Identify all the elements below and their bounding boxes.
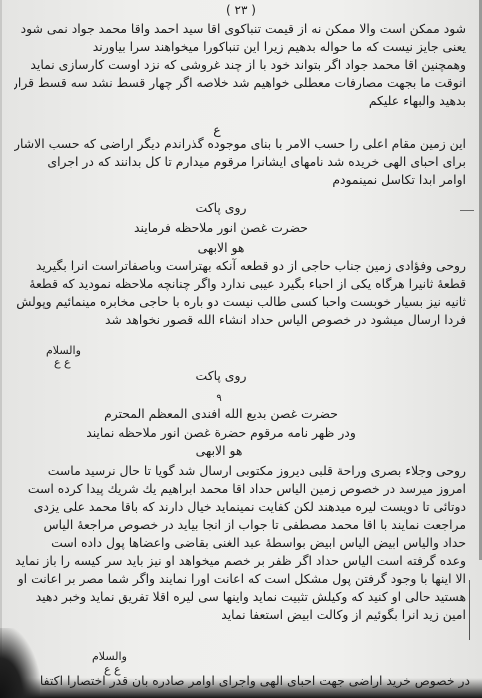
scan-bottom-shadow — [0, 678, 482, 698]
text-line: وهمچنین اقا محمد جواد اگر بتواند خود با … — [14, 56, 466, 74]
closing-salutation: والسلام — [92, 650, 127, 663]
text-line: اوامر ابدا تکاسل نمینمودم — [14, 171, 466, 189]
text-line: ثانیه نیز بسیار خوبست واحبا کسی طالب نیس… — [14, 293, 466, 311]
page-left-edge — [0, 0, 2, 698]
scan-corner-shadow — [0, 628, 40, 698]
envelope-label: روی پاکت — [0, 368, 462, 384]
letter-3-paragraph: روحی وفؤادی زمین جناب حاجی از دو قطعه آن… — [14, 257, 466, 329]
invocation: هو الابهی — [0, 443, 460, 459]
numeral-mark: ٩ — [0, 391, 460, 407]
letter-4-paragraph: روحی وجلاء بصری وراحة قلبی دیروز مکتوبی … — [14, 462, 466, 624]
text-line: این زمین مقام اعلی را حسب الامر با بنای … — [14, 135, 466, 153]
text-line: بدهید والبهاء علیکم — [14, 92, 466, 110]
text-line: امروز میرسد در خصوص زمین الیاس حداد اقا … — [14, 480, 466, 498]
text-line: قطعهٔ ثانیرا هرگاه یکی از احباء بگیرد عی… — [14, 275, 466, 293]
letter-1-paragraph: شود ممکن است والا ممکن نه از قیمت تنباکو… — [14, 20, 466, 110]
text-line: یعنی جایز نیست که ما حواله بدهیم زیرا ای… — [14, 38, 466, 56]
addressee: حضرت غصن انور ملاحظه فرمایند — [0, 220, 462, 236]
text-line: دوتائی تا دویست لیره میدهند لکن کفایت نم… — [14, 498, 466, 516]
text-line: حداد والیاس ابیض الیاس ابیض بواسطهٔ عبد … — [14, 534, 466, 552]
addressee-line: ودر ظهر نامه مرقوم حضرة غصن انور ملاحظه … — [0, 425, 462, 441]
envelope-label: روی پاکت — [0, 200, 462, 216]
text-line: هستید حالی او کنید که وکیلش تثبیت نماید … — [14, 588, 466, 606]
page-margin-mark — [460, 210, 474, 223]
text-line: مراجعت نمایند با اقا محمد مصطفی تا جواب … — [14, 516, 466, 534]
page-number: ( ٢٣ ) — [0, 2, 482, 18]
letter-2-paragraph: این زمین مقام اعلی را حسب الامر با بنای … — [14, 135, 466, 189]
invocation: هو الابهی — [0, 240, 462, 256]
text-line: برای احبای الهی خریده شد نامهای ایشانرا … — [14, 153, 466, 171]
text-line: فردا ارسال میشود در خصوص الیاس حداد انشا… — [14, 311, 466, 329]
text-line: شود ممکن است والا ممکن نه از قیمت تنباکو… — [14, 20, 466, 38]
addressee-line: حضرت غصن بدیع الله افندی المعظم المحترم — [0, 406, 462, 422]
text-line: روحی وفؤادی زمین جناب حاجی از دو قطعه آن… — [14, 257, 466, 275]
text-line: الا اینها با وجود گرفتن پول مشکل است که … — [14, 570, 466, 588]
scanned-document-page: ( ٢٣ ) شود ممکن است والا ممکن نه از قیمت… — [0, 0, 482, 698]
text-line: انوقت ما بجهت مصارفات معطلی خواهیم شد خل… — [14, 74, 466, 92]
text-line: وعده گرفته است الیاس حداد اگر ظفر بر خصم… — [14, 552, 466, 570]
text-line: امین زید انرا بگوئیم از وکالت ابیض استعف… — [14, 606, 466, 624]
text-line: روحی وجلاء بصری وراحة قلبی دیروز مکتوبی … — [14, 462, 466, 480]
margin-bracket — [463, 580, 470, 640]
